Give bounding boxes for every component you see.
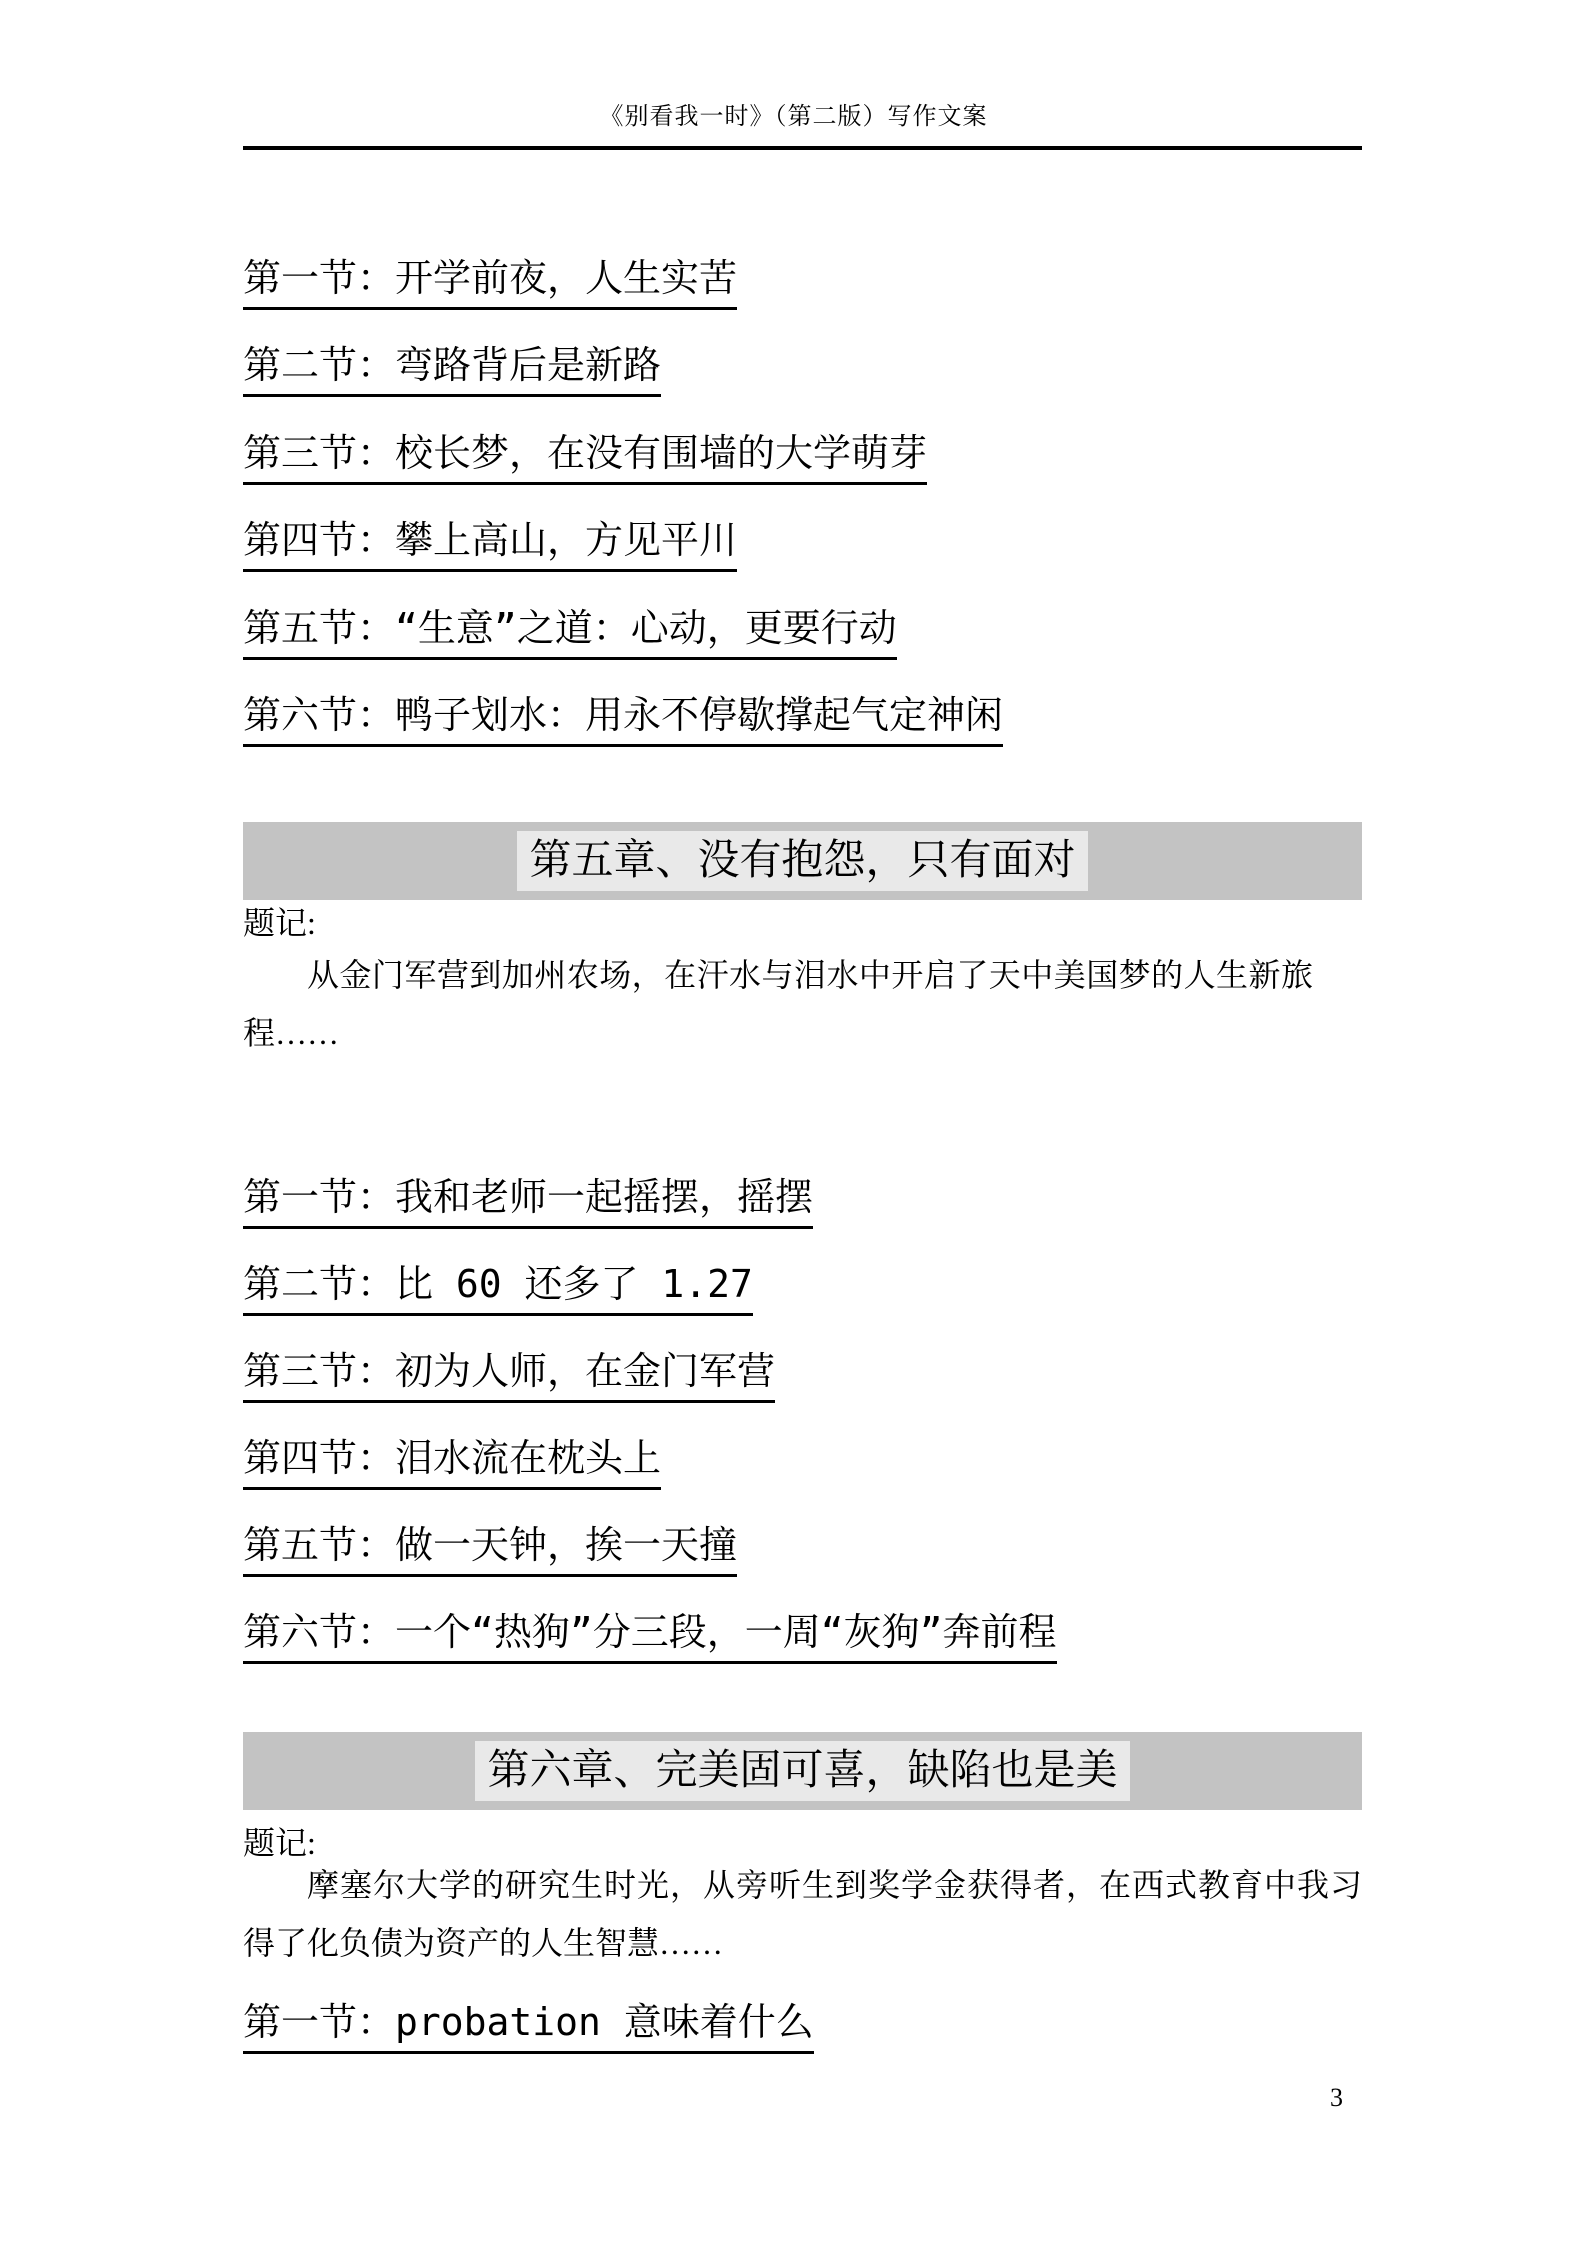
ch6-section-title-1: 第一节：probation 意味着什么 (243, 2000, 814, 2054)
ch4-section-title-3: 第三节：校长梦，在没有围墙的大学萌芽 (243, 431, 927, 485)
page-header-title: 《别看我一时》（第二版）写作文案 (0, 102, 1587, 132)
ch4-section-title-5: 第五节：“生意”之道：心动，更要行动 (243, 606, 897, 660)
chapter5-heading: 第五章、没有抱怨，只有面对 (517, 831, 1087, 891)
document-page: 《别看我一时》（第二版）写作文案 第一节：开学前夜，人生实苦 第二节：弯路背后是… (0, 0, 1587, 2245)
ch4-section-title-2: 第二节：弯路背后是新路 (243, 343, 661, 397)
chapter6-heading-band: 第六章、完美固可喜，缺陷也是美 (243, 1732, 1362, 1810)
ch5-section-title-6: 第六节：一个“热狗”分三段，一周“灰狗”奔前程 (243, 1610, 1057, 1664)
ch5-section-title-1: 第一节：我和老师一起摇摆，摇摆 (243, 1175, 813, 1229)
ch4-section-title-1: 第一节：开学前夜，人生实苦 (243, 256, 737, 310)
header-divider (243, 146, 1362, 150)
chapter5-epigraph-label: 题记: (243, 903, 316, 943)
ch5-section-title-4: 第四节：泪水流在枕头上 (243, 1436, 661, 1490)
ch4-section-title-6: 第六节：鸭子划水：用永不停歇撑起气定神闲 (243, 693, 1003, 747)
ch5-section-title-3: 第三节：初为人师，在金门军营 (243, 1349, 775, 1403)
chapter6-heading: 第六章、完美固可喜，缺陷也是美 (475, 1741, 1129, 1801)
chapter5-heading-band: 第五章、没有抱怨，只有面对 (243, 822, 1362, 900)
chapter5-epigraph: 从金门军营到加州农场，在汗水与泪水中开启了天中美国梦的人生新旅程…… (243, 946, 1313, 1062)
ch4-section-title-4: 第四节：攀上高山，方见平川 (243, 518, 737, 572)
page-number: 3 (1330, 2082, 1343, 2114)
ch5-section-title-2: 第二节：比 60 还多了 1.27 (243, 1262, 753, 1316)
chapter6-epigraph: 摩塞尔大学的研究生时光，从旁听生到奖学金获得者，在西式教育中我习得了化负债为资产… (243, 1856, 1362, 1972)
ch5-section-title-5: 第五节：做一天钟，挨一天撞 (243, 1523, 737, 1577)
